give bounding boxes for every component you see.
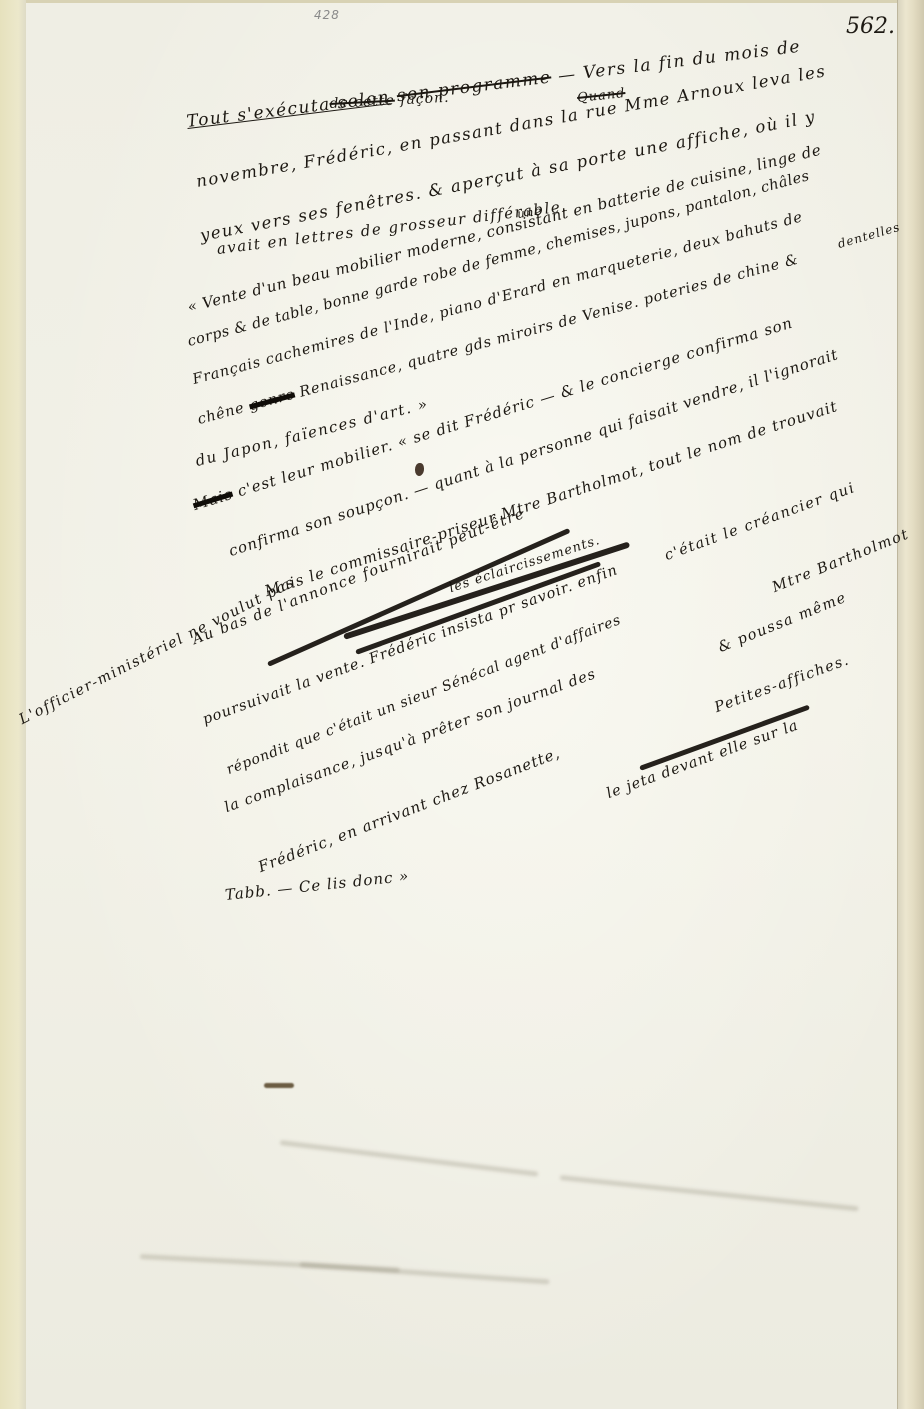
page-top-edge bbox=[26, 0, 898, 3]
folio-number: 562. bbox=[846, 14, 895, 39]
right-binding-edge bbox=[897, 0, 924, 1409]
left-binding-edge bbox=[0, 0, 26, 1409]
ink-mark bbox=[264, 1083, 294, 1088]
archive-pencil-number: 428 bbox=[314, 8, 340, 22]
